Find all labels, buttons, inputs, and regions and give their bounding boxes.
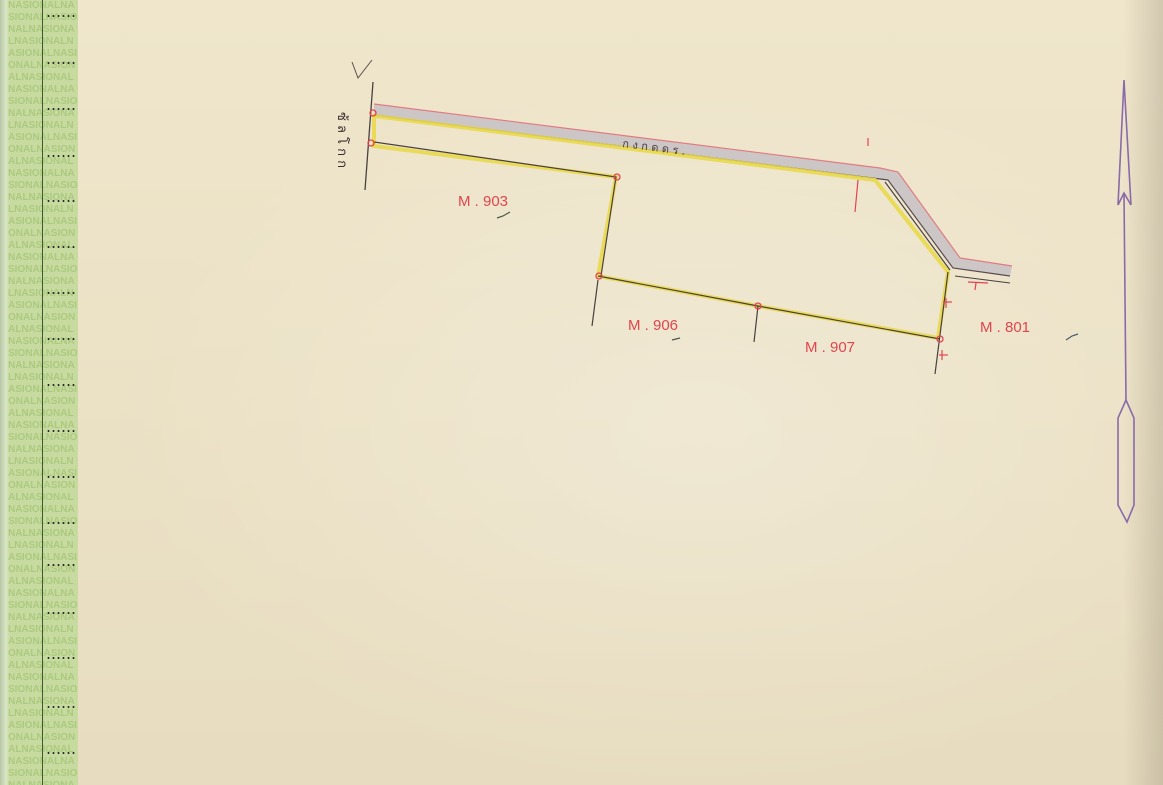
road-label: ก ง ก ด ด ร . bbox=[622, 137, 687, 158]
check-mark-icon bbox=[1066, 334, 1078, 340]
parcel-label-903: M . 903 bbox=[458, 193, 508, 210]
west-boundary-line bbox=[365, 82, 373, 190]
west-boundary-label: ซ้ ล โ ก ก bbox=[334, 112, 350, 168]
north-arrow-icon bbox=[1118, 80, 1134, 522]
parcel-sketch: ก ง ก ด ด ร . ซ้ ล โ ก ก M . 903 M . 906… bbox=[0, 0, 1163, 785]
parcel-label-801: M . 801 bbox=[980, 319, 1030, 336]
check-mark-icon bbox=[672, 338, 680, 340]
parcel-label-906: M . 906 bbox=[628, 317, 678, 334]
parcel-label-907: M . 907 bbox=[805, 339, 855, 356]
check-mark-icon bbox=[497, 212, 510, 218]
check-mark-icon bbox=[352, 60, 372, 78]
